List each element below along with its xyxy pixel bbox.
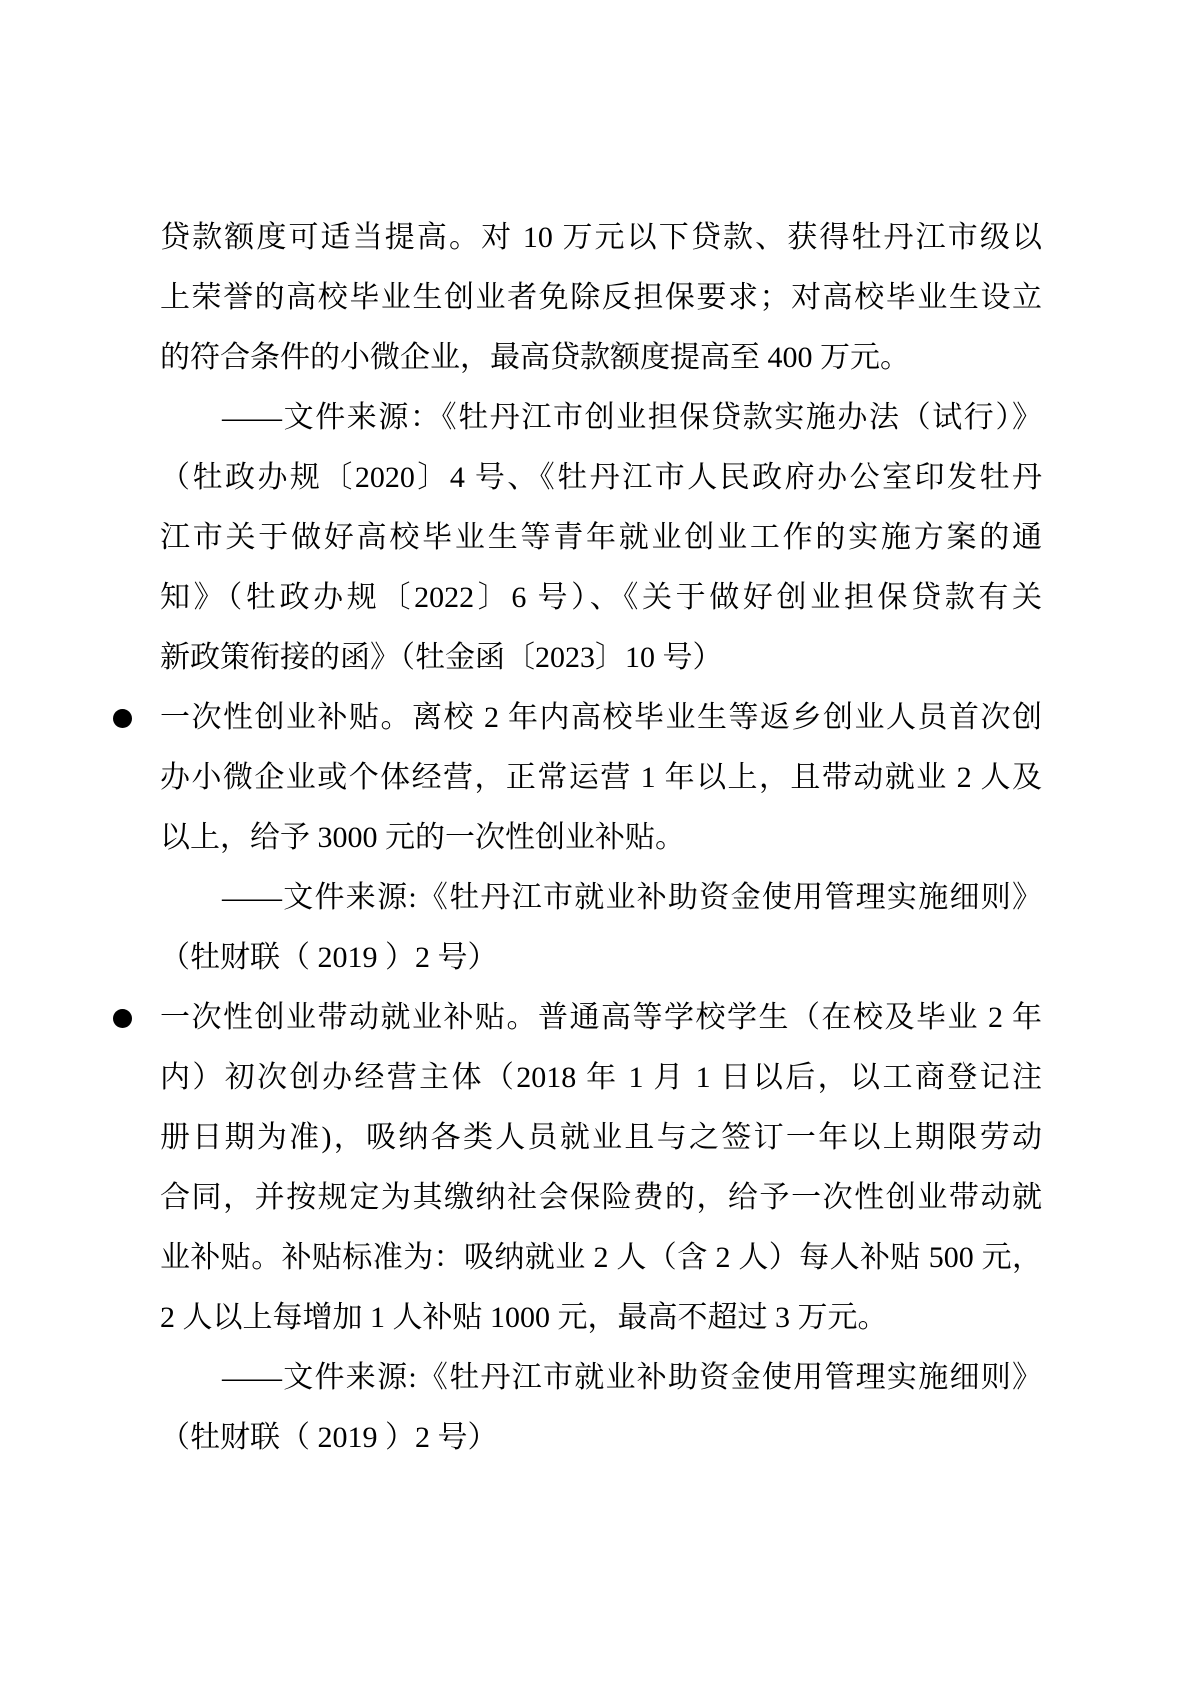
text-line: 2 人以上每增加 1 人补贴 1000 元，最高不超过 3 万元。	[160, 1288, 1042, 1348]
text-line: ——文件来源:《牡丹江市就业补助资金使用管理实施细则》	[160, 868, 1042, 928]
text-line: 新政策衔接的函》（牡金函〔2023〕10 号）	[160, 628, 1042, 688]
source-reference-loan: ——文件来源：《牡丹江市创业担保贷款实施办法（试行）》 （牡政办规〔2020〕4…	[160, 388, 1042, 688]
document-content: 贷款额度可适当提高。对 10 万元以下贷款、获得牡丹江市级以 上荣誉的高校毕业生…	[160, 208, 1042, 1468]
text-line: （牡政办规〔2020〕4 号、《牡丹江市人民政府办公室印发牡丹	[160, 448, 1042, 508]
text-line: 上荣誉的高校毕业生创业者免除反担保要求；对高校毕业生设立	[160, 268, 1042, 328]
text-line: 办小微企业或个体经营，正常运营 1 年以上，且带动就业 2 人及	[160, 748, 1042, 808]
bullet-item-startup-subsidy: 一次性创业补贴。离校 2 年内高校毕业生等返乡创业人员首次创 办小微企业或个体经…	[160, 688, 1042, 868]
text-line: ——文件来源：《牡丹江市创业担保贷款实施办法（试行）》	[160, 388, 1042, 448]
text-line: 江市关于做好高校毕业生等青年就业创业工作的实施方案的通	[160, 508, 1042, 568]
text-line: 知》（牡政办规〔2022〕6 号）、《关于做好创业担保贷款有关	[160, 568, 1042, 628]
text-line: （牡财联（ 2019 ）2 号）	[160, 1408, 1042, 1468]
text-line: 贷款额度可适当提高。对 10 万元以下贷款、获得牡丹江市级以	[160, 208, 1042, 268]
text-line: 以上，给予 3000 元的一次性创业补贴。	[160, 808, 1042, 868]
text-line: 一次性创业补贴。离校 2 年内高校毕业生等返乡创业人员首次创	[160, 688, 1042, 748]
document-page: 贷款额度可适当提高。对 10 万元以下贷款、获得牡丹江市级以 上荣誉的高校毕业生…	[0, 0, 1190, 1683]
text-line: 一次性创业带动就业补贴。普通高等学校学生（在校及毕业 2 年	[160, 988, 1042, 1048]
bullet-item-employment-subsidy: 一次性创业带动就业补贴。普通高等学校学生（在校及毕业 2 年 内）初次创办经营主…	[160, 988, 1042, 1348]
paragraph-loan-policy: 贷款额度可适当提高。对 10 万元以下贷款、获得牡丹江市级以 上荣誉的高校毕业生…	[160, 208, 1042, 388]
text-line: 的符合条件的小微企业，最高贷款额度提高至 400 万元。	[160, 328, 1042, 388]
text-line: 业补贴。补贴标准为：吸纳就业 2 人（含 2 人）每人补贴 500 元，	[160, 1228, 1042, 1288]
text-line: （牡财联（ 2019 ）2 号）	[160, 928, 1042, 988]
source-reference-subsidy-2: ——文件来源:《牡丹江市就业补助资金使用管理实施细则》 （牡财联（ 2019 ）…	[160, 1348, 1042, 1468]
bullet-icon	[113, 709, 132, 728]
text-line: 册日期为准)，吸纳各类人员就业且与之签订一年以上期限劳动	[160, 1108, 1042, 1168]
bullet-icon	[113, 1009, 132, 1028]
source-reference-subsidy-1: ——文件来源:《牡丹江市就业补助资金使用管理实施细则》 （牡财联（ 2019 ）…	[160, 868, 1042, 988]
text-line: 合同，并按规定为其缴纳社会保险费的，给予一次性创业带动就	[160, 1168, 1042, 1228]
text-line: 内）初次创办经营主体（2018 年 1 月 1 日以后，以工商登记注	[160, 1048, 1042, 1108]
text-line: ——文件来源:《牡丹江市就业补助资金使用管理实施细则》	[160, 1348, 1042, 1408]
